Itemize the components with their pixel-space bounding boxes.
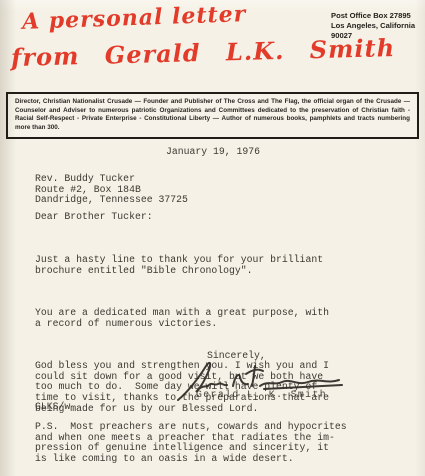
recipient-address: Rev. Buddy Tucker Route #2, Box 184B Dan… [35,174,188,206]
letter-date: January 19, 1976 [166,147,260,158]
paragraph-1: Just a hasty line to thank you for your … [35,255,329,276]
credentials-box: Director, Christian Nationalist Crusade … [6,92,419,139]
letter-body: Just a hasty line to thank you for your … [35,234,329,446]
salutation: Dear Brother Tucker: [35,212,153,223]
typist-initials: GLKS/w [35,402,70,413]
po-box-address: Post Office Box 27895 Los Angeles, Calif… [331,11,421,41]
handwritten-header-line-1: A personal letter [22,1,247,35]
signature-scrawl [176,357,348,403]
letter-page: A personal letter from Gerald L.K. Smith… [0,0,425,476]
paragraph-2: You are a dedicated man with a great pur… [35,308,329,329]
postscript: P.S. Most preachers are nuts, cowards an… [35,422,347,464]
